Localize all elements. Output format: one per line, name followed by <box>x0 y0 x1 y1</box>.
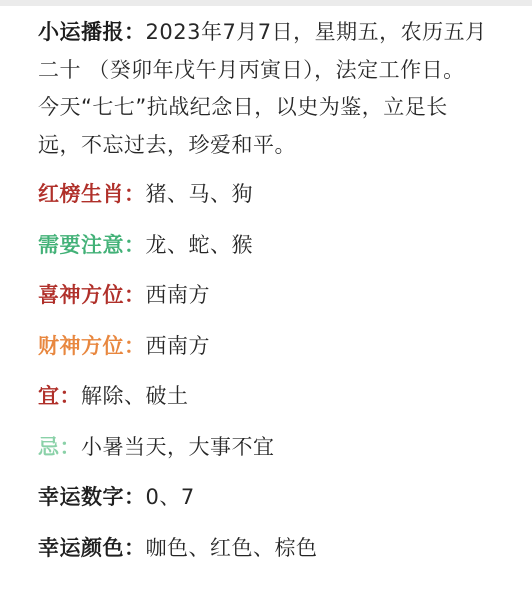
row-lucky-numbers-value: 0、7 <box>146 485 195 509</box>
row-lucky-colors: 幸运颜色：咖色、红色、棕色 <box>38 538 500 559</box>
intro-paragraph: 小运播报：2023年7月7日，星期五，农历五月 二十 （癸卯年戊午月丙寅日），法… <box>38 14 500 164</box>
intro-line-4: 远，不忘过去，珍爱和平。 <box>38 127 500 165</box>
row-wealth-god-direction-value: 西南方 <box>146 334 211 358</box>
row-suitable-label: 宜： <box>38 384 81 408</box>
row-joy-god-direction: 喜神方位：西南方 <box>38 285 500 306</box>
row-suitable-value: 解除、破土 <box>81 384 189 408</box>
row-wealth-god-direction: 财神方位：西南方 <box>38 336 500 357</box>
intro-line-2: 二十 （癸卯年戊午月丙寅日），法定工作日。 <box>38 52 500 90</box>
row-lucky-numbers: 幸运数字：0、7 <box>38 487 500 508</box>
row-lucky-zodiac-label: 红榜生肖： <box>38 182 146 206</box>
row-caution-zodiac: 需要注意：龙、蛇、猴 <box>38 235 500 256</box>
intro-line-3: 今天“七七”抗战纪念日，以史为鉴，立足长 <box>38 89 500 127</box>
article-content: 小运播报：2023年7月7日，星期五，农历五月 二十 （癸卯年戊午月丙寅日），法… <box>0 6 532 559</box>
row-caution-zodiac-label: 需要注意： <box>38 233 146 257</box>
row-avoid-label: 忌： <box>38 435 81 459</box>
row-lucky-zodiac-value: 猪、马、狗 <box>146 182 254 206</box>
row-suitable: 宜：解除、破土 <box>38 386 500 407</box>
row-lucky-numbers-label: 幸运数字： <box>38 485 146 509</box>
row-caution-zodiac-value: 龙、蛇、猴 <box>146 233 254 257</box>
row-joy-god-direction-label: 喜神方位： <box>38 283 146 307</box>
row-lucky-zodiac: 红榜生肖：猪、马、狗 <box>38 184 500 205</box>
intro-label: 小运播报： <box>38 20 146 44</box>
row-lucky-colors-label: 幸运颜色： <box>38 536 146 560</box>
intro-line-1: 小运播报：2023年7月7日，星期五，农历五月 <box>38 14 500 52</box>
row-joy-god-direction-value: 西南方 <box>146 283 211 307</box>
article-page: 小运播报：2023年7月7日，星期五，农历五月 二十 （癸卯年戊午月丙寅日），法… <box>0 0 532 600</box>
section-rows: 红榜生肖：猪、马、狗 需要注意：龙、蛇、猴 喜神方位：西南方 财神方位：西南方 … <box>38 184 500 559</box>
row-avoid-value: 小暑当天，大事不宜 <box>81 435 275 459</box>
row-wealth-god-direction-label: 财神方位： <box>38 334 146 358</box>
row-avoid: 忌：小暑当天，大事不宜 <box>38 437 500 458</box>
row-lucky-colors-value: 咖色、红色、棕色 <box>146 536 318 560</box>
intro-line-1-text: 2023年7月7日，星期五，农历五月 <box>146 20 487 44</box>
